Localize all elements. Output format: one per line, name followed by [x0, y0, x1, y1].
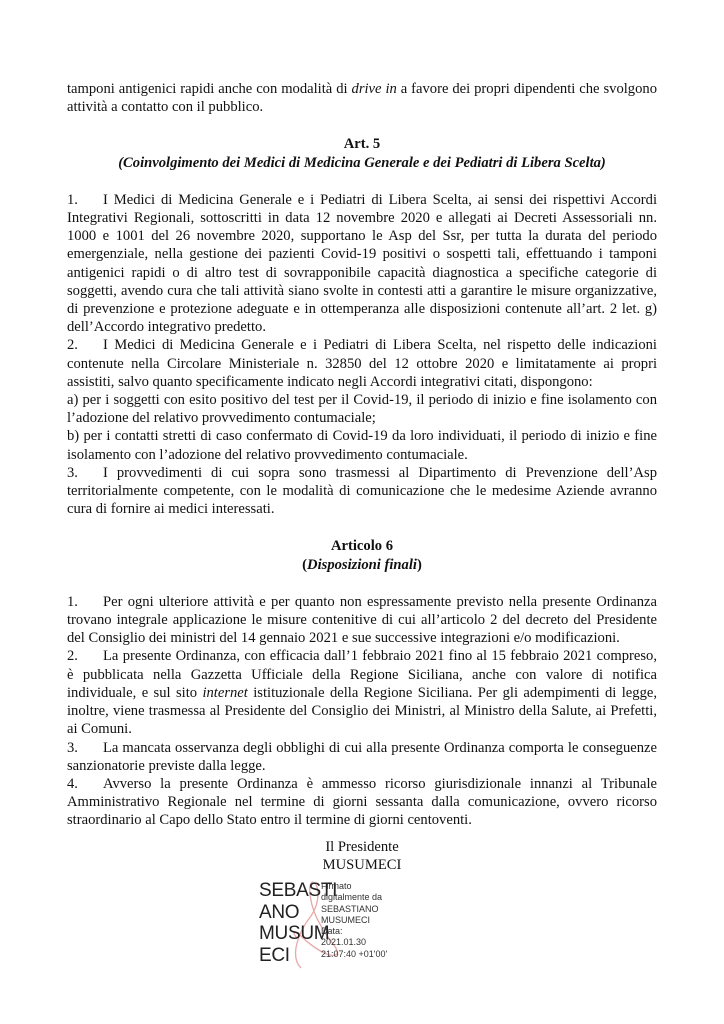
paren-close: ) [417, 557, 422, 573]
art6-title: Articolo 6 [67, 537, 657, 555]
intro-paragraph: tamponi antigenici rapidi anche con moda… [67, 80, 657, 116]
stamp-info-line: Data: [321, 926, 387, 937]
paragraph-text: Per ogni ulteriore attività e per quanto… [67, 594, 657, 646]
art6-paragraph-1: 1.Per ogni ulteriore attività e per quan… [67, 593, 657, 648]
paragraph-number: 1. [67, 191, 103, 209]
stamp-info-line: SEBASTIANO [321, 904, 387, 915]
art6-paragraph-2: 2.La presente Ordinanza, con efficacia d… [67, 647, 657, 738]
intro-italic-term: drive in [352, 81, 397, 97]
art5-paragraph-3: 3.I provvedimenti di cui sopra sono tras… [67, 464, 657, 519]
paragraph-number: 3. [67, 739, 103, 757]
signature-role: Il Presidente [67, 838, 657, 856]
paragraph-number: 2. [67, 336, 103, 354]
art5-item-b: b) per i contatti stretti di caso confer… [67, 427, 657, 463]
paragraph-text: I Medici di Medicina Generale e i Pediat… [67, 337, 657, 389]
stamp-info-line: MUSUMECI [321, 915, 387, 926]
paragraph-number: 1. [67, 593, 103, 611]
stamp-info-line: digitalmente da [321, 892, 387, 903]
stamp-info-line: Firmato [321, 881, 387, 892]
stamp-info-line: 21:07:40 +01'00' [321, 949, 387, 960]
art5-paragraph-1: 1.I Medici di Medicina Generale e i Pedi… [67, 191, 657, 337]
art5-paragraph-2: 2.I Medici di Medicina Generale e i Pedi… [67, 336, 657, 391]
signature-name: MUSUMECI [67, 856, 657, 874]
paragraph-number: 2. [67, 647, 103, 665]
stamp-info-line: 2021.01.30 [321, 937, 387, 948]
paragraph-text: I provvedimenti di cui sopra sono trasme… [67, 465, 657, 517]
intro-text: tamponi antigenici rapidi anche con moda… [67, 81, 352, 97]
art5-subtitle: (Coinvolgimento dei Medici di Medicina G… [67, 154, 657, 172]
paragraph-text: La mancata osservanza degli obblighi di … [67, 740, 657, 774]
paragraph-italic-term: internet [202, 685, 247, 701]
document-page: tamponi antigenici rapidi anche con moda… [67, 80, 657, 830]
signature-details: Firmato digitalmente da SEBASTIANO MUSUM… [321, 881, 387, 960]
paragraph-number: 3. [67, 464, 103, 482]
signature-block: Il Presidente MUSUMECI [67, 838, 657, 874]
art5-title: Art. 5 [67, 135, 657, 153]
paragraph-text: I Medici di Medicina Generale e i Pediat… [67, 192, 657, 335]
art6-paragraph-4: 4.Avverso la presente Ordinanza è ammess… [67, 775, 657, 830]
paragraph-number: 4. [67, 775, 103, 793]
art5-item-a: a) per i soggetti con esito positivo del… [67, 391, 657, 427]
digital-signature-stamp: SEBASTI ANO MUSUM ECI Firmato digitalmen… [259, 880, 419, 970]
paragraph-text: Avverso la presente Ordinanza è ammesso … [67, 776, 657, 828]
art6-paragraph-3: 3.La mancata osservanza degli obblighi d… [67, 739, 657, 775]
art6-subtitle: (Disposizioni finali) [67, 556, 657, 574]
art6-subtitle-text: Disposizioni finali [307, 557, 417, 573]
